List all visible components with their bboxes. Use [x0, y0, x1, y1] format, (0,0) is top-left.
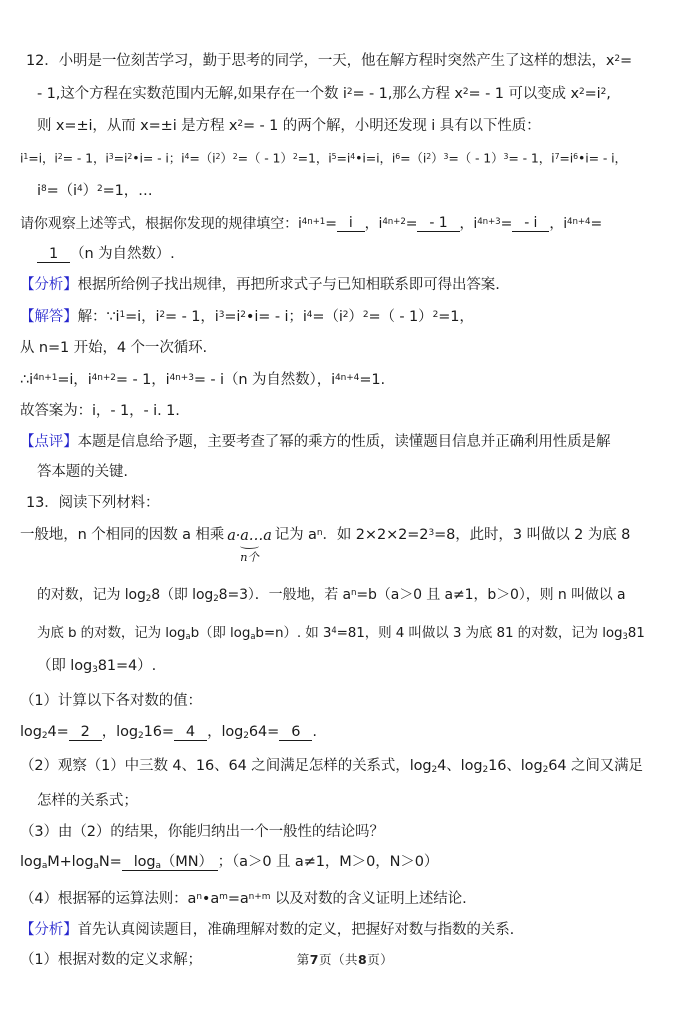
q13-material-line4: （即 log381=4）. — [0, 651, 690, 686]
underbrace-icon — [240, 543, 258, 549]
footer-middle: 页（共 — [319, 952, 358, 967]
document-body: 12．小明是一位刻苦学习，勤于思考的同学，一天，他在解方程时突然产生了这样的想法… — [0, 44, 690, 976]
q12-solution-line1: 【解答】解：∵i1=i，i2= - 1，i3=i2•i= - i；i4=（i2）… — [0, 300, 690, 333]
q12-powers-line2: i8=（i4）2=1，… — [0, 174, 690, 207]
q13-material-line3: 为底 b 的对数，记为 logab（即 logab=n）. 如 34=81，则 … — [0, 615, 690, 651]
q12-stem-line1: 12．小明是一位刻苦学习，勤于思考的同学，一天，他在解方程时突然产生了这样的想法… — [0, 44, 690, 77]
q12-fill-line2: 1（n 为自然数）. — [0, 239, 690, 270]
q12-solution-line3: ∴i4n+1=i，i4n+2= - 1，i4n+3= - i（n 为自然数），i… — [0, 363, 690, 396]
q13-stem-line1: 13．阅读下列材料： — [0, 488, 690, 519]
q13-part2-line1: （2）观察（1）中三数 4、16、64 之间满足怎样的关系式，log24、log… — [0, 751, 690, 786]
q13-part1-blanks: log24=2，log216=4，log264=6. — [0, 717, 690, 752]
page-footer: 第7页（共8页） — [0, 950, 690, 968]
footer-page-number: 7 — [310, 952, 319, 967]
q13-material-line1: 一般地，n 个相同的因数 a 相乘a·a…an个记为 an．如 2×2×2=23… — [0, 518, 690, 551]
q13-analysis: 【分析】首先认真阅读题目，准确理解对数的定义，把握好对数与指数的关系. — [0, 915, 690, 946]
footer-suffix: 页） — [367, 952, 393, 967]
underbrace-count-label: n个 — [224, 550, 275, 564]
q12-powers-line1: i1=i，i2= - 1，i3=i2•i= - i；i4=（i2）2=（ - 1… — [0, 142, 690, 174]
worksheet-page: 12．小明是一位刻苦学习，勤于思考的同学，一天，他在解方程时突然产生了这样的想法… — [0, 0, 690, 1024]
q12-solution-line2: 从 n=1 开始，4 个一次循环. — [0, 333, 690, 364]
q12-solution-line4: 故答案为：i，- 1，- i. 1. — [0, 396, 690, 427]
q13-part4-label: （4）根据幂的运算法则：an•am=an+m 以及对数的含义证明上述结论. — [0, 882, 690, 915]
q13-part2-line2: 怎样的关系式； — [0, 786, 690, 817]
q12-comment-line1: 【点评】本题是信息给予题，主要考查了幂的乘方的性质，读懂题目信息并正确利用性质是… — [0, 427, 690, 458]
q12-fill-line1: 请你观察上述等式，根据你发现的规律填空：i4n+1=i，i4n+2=- 1，i4… — [0, 207, 690, 239]
footer-prefix: 第 — [297, 952, 310, 967]
q12-comment-line2: 答本题的关键. — [0, 457, 690, 488]
q12-analysis: 【分析】根据所给例子找出规律，再把所求式子与已知相联系即可得出答案. — [0, 270, 690, 301]
q13-material-line2: 的对数，记为 log28（即 log28=3）．一般地，若 an=b（a＞0 且… — [0, 578, 690, 615]
q12-stem-line2: - 1,这个方程在实数范围内无解,如果存在一个数 i2= - 1,那么方程 x2… — [0, 77, 690, 110]
q13-part1-label: （1）计算以下各对数的值： — [0, 686, 690, 717]
q13-part3-blank: logaM+logaN=loga（MN）；（a＞0 且 a≠1，M＞0，N＞0） — [0, 847, 690, 882]
footer-total-pages: 8 — [358, 952, 367, 967]
q12-stem-line3: 则 x=±i，从而 x=±i 是方程 x2= - 1 的两个解，小明还发现 i … — [0, 109, 690, 142]
q13-part3-label: （3）由（2）的结果，你能归纳出一个一般性的结论吗？ — [0, 817, 690, 848]
underbrace-factors: a·a…a — [227, 528, 272, 544]
underbrace-expression: a·a…an个 — [224, 521, 275, 552]
